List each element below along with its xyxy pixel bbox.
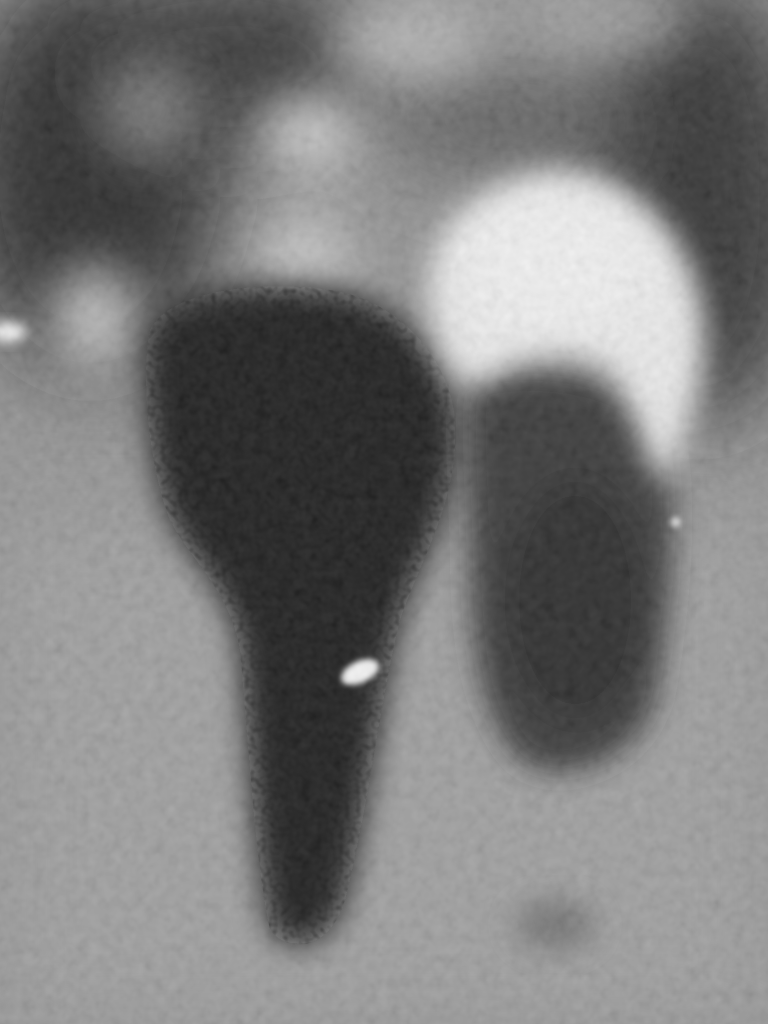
microscopy-image <box>0 0 768 1024</box>
grain-overlay <box>0 0 768 1024</box>
image-canvas <box>0 0 768 1024</box>
